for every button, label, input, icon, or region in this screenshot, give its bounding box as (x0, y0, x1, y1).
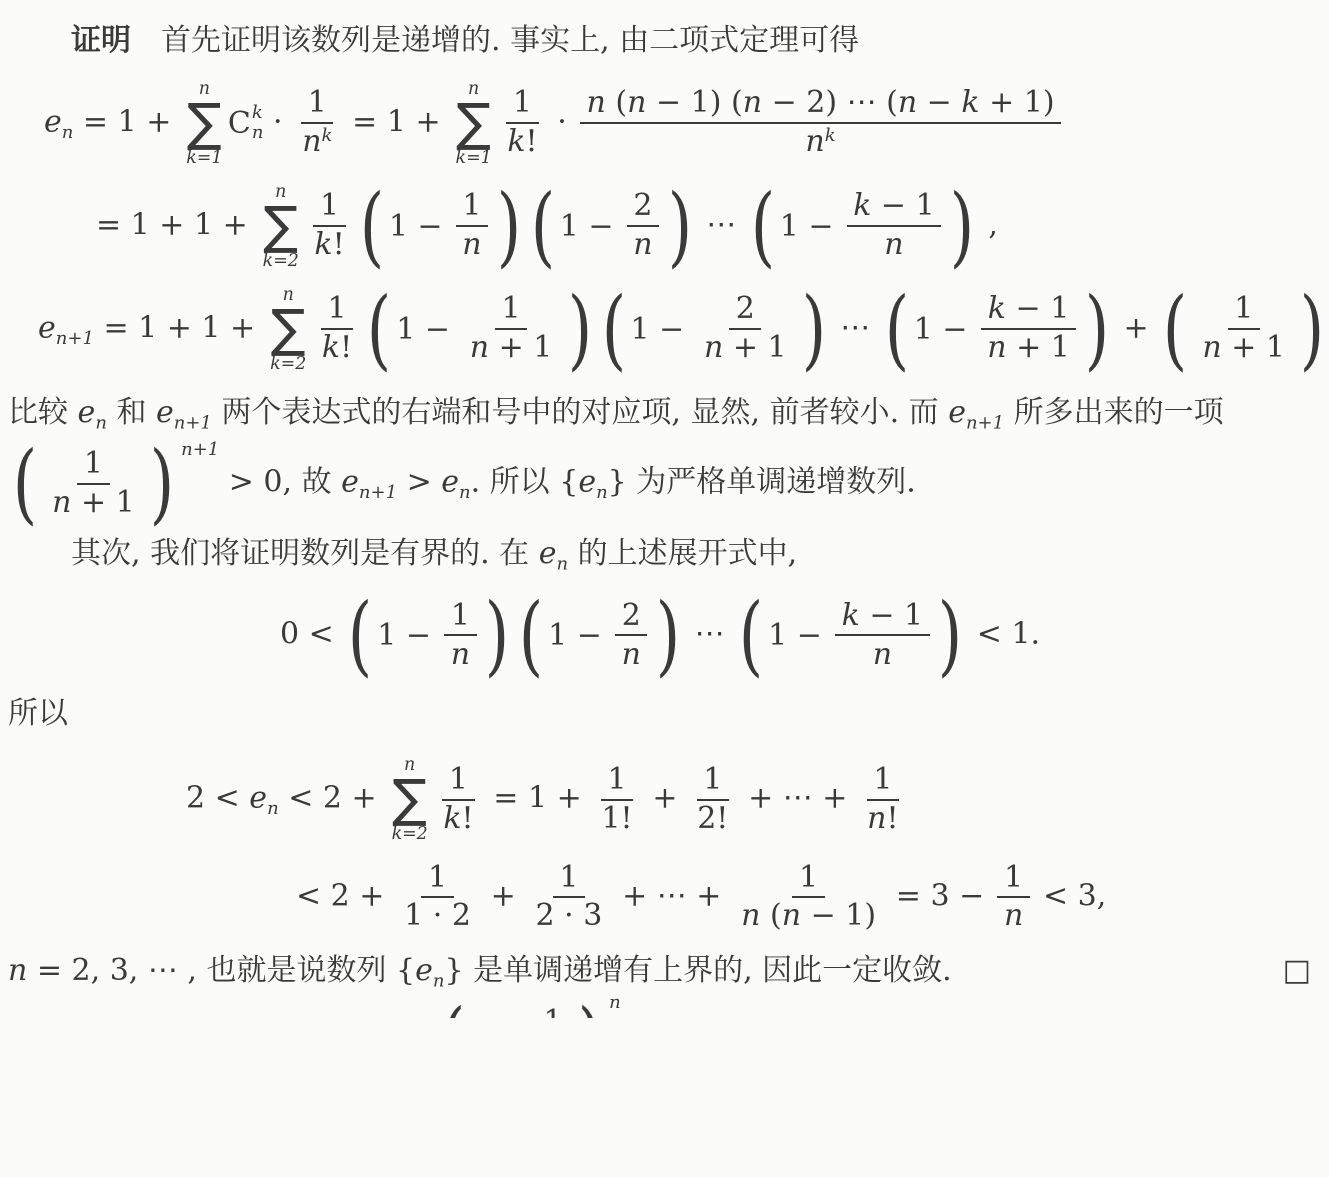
math-paren-group: (1 + 1n)n (436, 998, 621, 1018)
math-summation: n∑k=2 (270, 285, 306, 374)
fraction-denominator: n + 1 (1196, 330, 1292, 366)
math-fraction: 2n (615, 599, 648, 672)
math-roman: 1 (428, 860, 447, 895)
math-subscript: n+1 (174, 412, 212, 433)
math-roman: 1 − (548, 618, 611, 653)
math-variable: e (44, 104, 62, 139)
math-variable: n (462, 227, 481, 262)
math-variable: n (622, 637, 641, 672)
math-variable: n (302, 124, 321, 159)
math-subscript: n+1 (359, 482, 397, 503)
fraction-denominator: 1 · 2 (398, 898, 478, 934)
math-variable: n (633, 227, 652, 262)
stacked-superscript: k (252, 103, 264, 123)
math-roman: { (396, 953, 415, 988)
math-variable: k (322, 330, 340, 365)
fraction-numerator: 1 (867, 763, 899, 801)
math-subscript: n (62, 121, 74, 142)
fraction-denominator: n + 1 (46, 485, 142, 521)
math-variable: n (805, 124, 824, 159)
math-roman: − 1 (1006, 291, 1069, 326)
math-variable: e (156, 395, 174, 430)
paren-body: 1n + 1 (1192, 292, 1295, 365)
right-paren-icon: ) (938, 592, 962, 679)
math-variable: n (867, 801, 886, 836)
fraction-denominator: nk (799, 124, 842, 160)
math-roman: 1 (462, 188, 481, 223)
text-run: 故 (292, 465, 341, 500)
math-roman: 1 (308, 85, 327, 120)
math-roman: 1 (84, 446, 103, 481)
math-roman: + (1114, 310, 1158, 345)
bold-label: 证明 (71, 23, 131, 58)
math-paren-group: (1 − k − 1n) (734, 592, 967, 679)
math-roman: = 2, 3, ⋯ , (27, 953, 197, 988)
math-roman: ! (333, 227, 345, 262)
math-subscript: n (459, 482, 471, 503)
math-roman: 1 (873, 762, 892, 797)
paren-body: 1 − 1n (377, 599, 480, 672)
text-run: 的上述展开式中, (568, 536, 797, 571)
math-fraction: 11! (595, 763, 639, 836)
sigma-icon: ∑ (271, 305, 306, 354)
fraction-denominator: n (444, 636, 477, 672)
math-variable: n (782, 898, 801, 933)
math-roman: − 1 (860, 598, 923, 633)
text-run: 其次, 我们将证明数列是有界的. 在 (71, 536, 539, 571)
math-variable: e (249, 781, 267, 816)
math-variable: e (578, 465, 596, 500)
math-variable: k (961, 85, 979, 120)
math-fraction: k − 1n (835, 599, 930, 672)
fraction-denominator: k! (308, 227, 351, 263)
right-paren-icon: ) (150, 440, 174, 527)
text-run: 所多出来的一项 (1004, 395, 1224, 430)
paren-body: 1n + 1 (42, 447, 145, 520)
fraction-numerator: 1 (442, 763, 474, 801)
math-fraction: 1n (444, 599, 477, 672)
left-paren-icon: ( (348, 592, 372, 679)
fraction-numerator: 1 (313, 189, 345, 227)
paren-body: 1 − 2n + 1 (630, 292, 796, 365)
math-roman: 2 (736, 291, 755, 326)
text-run: 比较 (8, 395, 78, 430)
math-roman: = 1 + 1 + (94, 310, 265, 345)
math-subscript: n (267, 798, 279, 819)
fraction-numerator: 1 (697, 763, 729, 801)
math-roman: < 1. (967, 616, 1040, 651)
left-paren-icon: ( (531, 183, 555, 270)
right-paren-icon: ) (656, 592, 680, 679)
fraction-denominator: n + 1 (981, 330, 1077, 366)
math-paren-group: (1n + 1)n+1 (8, 440, 219, 527)
right-paren-icon: ) (567, 286, 591, 373)
fraction-denominator: nk (296, 124, 339, 160)
math-roman: = 1 + (343, 104, 451, 139)
math-roman: 1 − (768, 618, 831, 653)
sum-lower-limit: k=2 (392, 824, 428, 844)
math-roman: 1! (601, 801, 632, 836)
math-fraction: 1n (456, 189, 489, 262)
math-roman: ⋯ (685, 616, 734, 651)
math-roman: < 2 + (296, 878, 394, 913)
fraction-denominator: n + 1 (463, 330, 559, 366)
math-fraction: 1k! (437, 763, 480, 836)
math-roman: 1 (502, 291, 521, 326)
formula-en-plus1-expansion: en+1 = 1 + 1 + n∑k=21k!(1 − 1n + 1)(1 − … (38, 285, 1321, 374)
right-paren-icon: ) (578, 998, 602, 1018)
math-roman: 2 (633, 188, 652, 223)
fraction-denominator: 2! (691, 801, 735, 837)
math-variable: e (948, 395, 966, 430)
qed-box: □ (1283, 944, 1321, 999)
math-roman: ! (340, 330, 352, 365)
paren-body: 1 − k − 1n + 1 (914, 292, 1080, 365)
math-roman: 2 · 3 (536, 898, 603, 933)
paren-body: 1 − 1n (389, 189, 492, 262)
stacked-subscript: n (252, 123, 264, 143)
math-variable: e (415, 953, 433, 988)
math-roman: 1 − (914, 312, 977, 347)
sum-lower-limit: k=1 (186, 148, 222, 168)
text-run: . 所以 (471, 465, 560, 500)
math-roman: } (444, 953, 463, 988)
math-roman: − 1 (871, 188, 934, 223)
left-paren-icon: ( (739, 592, 763, 679)
math-fraction: 2n (627, 189, 660, 262)
paren-body: 1 − 2n (548, 599, 651, 672)
math-variable: n (741, 898, 760, 933)
math-subscript: n+1 (56, 327, 94, 348)
conclusion-text: n = 2, 3, ⋯ , 也就是说数列 {en} 是单调递增有上界的, 因此一… (8, 944, 952, 999)
left-paren-icon: ( (367, 286, 391, 373)
math-subscript: n+1 (966, 412, 1004, 433)
math-roman: { (559, 465, 578, 500)
math-paren-group: (1 − 1n + 1) (362, 286, 596, 373)
right-paren-icon: ) (1300, 286, 1324, 373)
math-variable: n (1202, 330, 1221, 365)
math-fraction: 2n + 1 (697, 292, 793, 365)
math-fraction: k − 1n + 1 (981, 292, 1077, 365)
conclusion-paragraph: n = 2, 3, ⋯ , 也就是说数列 {en} 是单调递增有上界的, 因此一… (8, 944, 1321, 999)
fraction-denominator: n (615, 636, 648, 672)
fraction-numerator: 2 (615, 599, 647, 637)
left-paren-icon: ( (360, 183, 384, 270)
math-variable: n (873, 637, 892, 672)
sigma-icon: ∑ (392, 775, 427, 824)
math-variable: n (451, 637, 470, 672)
comparison-paragraph: 比较 en 和 en+1 两个表达式的右端和号中的对应项, 显然, 前者较小. … (8, 386, 1321, 528)
math-roman: − 1) (801, 898, 876, 933)
left-paren-icon: ( (751, 183, 775, 270)
fraction-numerator: 1 (444, 599, 476, 637)
paren-body: 1 − 1n + 1 (396, 292, 562, 365)
text-run: 和 (107, 395, 156, 430)
fraction-numerator: 2 (729, 292, 761, 330)
math-roman: 1 (608, 762, 627, 797)
math-roman: 1 (513, 85, 532, 120)
math-fraction: 1n (n − 1) (735, 861, 883, 934)
math-variable: k (507, 124, 525, 159)
math-roman: + 1 (1222, 330, 1285, 365)
math-roman: 1 (1004, 860, 1023, 895)
text-run: 首先证明该数列是递增的. 事实上, 由二项式定理可得 (131, 23, 859, 58)
fraction-numerator: n (n − 1) (n − 2) ⋯ (n − k + 1) (580, 86, 1061, 124)
math-roman: ! (887, 801, 899, 836)
math-roman: 1 (327, 291, 346, 326)
math-roman: + 1 (1007, 330, 1070, 365)
math-variable: n (587, 85, 606, 120)
math-variable: n (898, 85, 917, 120)
math-roman: − 2) ⋯ ( (762, 85, 898, 120)
math-fraction: 1n + 1 (1196, 292, 1292, 365)
math-fraction: 1n + 1 (463, 292, 559, 365)
text-run: 也就是说数列 (197, 953, 396, 988)
fraction-numerator: 1 (553, 861, 585, 899)
math-roman: 1 (1234, 291, 1253, 326)
text-run: 所以 (8, 696, 68, 731)
math-roman: 1 − (630, 312, 693, 347)
math-subscript: n (556, 554, 568, 575)
math-roman: 1 (799, 860, 818, 895)
fraction-denominator: k! (315, 330, 358, 366)
math-roman: 1 (320, 188, 339, 223)
math-roman: + (643, 781, 687, 816)
text-run: 两个表达式的右端和号中的对应项, 显然, 前者较小. 而 (212, 395, 948, 430)
math-roman: 1 − (377, 618, 440, 653)
fraction-numerator: 1 (321, 292, 353, 330)
math-fraction: n (n − 1) (n − 2) ⋯ (n − k + 1)nk (580, 86, 1061, 159)
fraction-denominator: n! (861, 801, 906, 837)
fraction-denominator: 2 · 3 (529, 898, 609, 934)
math-roman: , (979, 207, 998, 242)
text-run: 为严格单调递增数列. (627, 465, 916, 500)
left-paren-icon: ( (13, 440, 37, 527)
partial-cutoff-formula: (1 + 1n)n (436, 998, 1321, 1018)
math-paren-group: (1 − 2n) (514, 592, 685, 679)
math-fraction: 11 · 2 (398, 861, 478, 934)
math-variable: e (341, 465, 359, 500)
math-roman: + (481, 878, 525, 913)
paren-body: 1 − k − 1n (768, 599, 933, 672)
math-variable: n (987, 330, 1006, 365)
fraction-numerator: k − 1 (835, 599, 930, 637)
formula-en-expansion-line2: = 1 + 1 + n∑k=21k!(1 − 1n)(1 − 2n) ⋯ (1 … (96, 182, 1321, 271)
math-roman: } (608, 465, 627, 500)
right-paren-icon: ) (950, 183, 974, 270)
fraction-denominator: 1! (595, 801, 639, 837)
formula-product-bounds: 0 < (1 − 1n)(1 − 2n) ⋯ (1 − k − 1n) < 1. (280, 592, 1321, 679)
math-roman: + 1 (71, 485, 134, 520)
fraction-denominator: n (627, 227, 660, 263)
fraction-denominator: k! (501, 124, 544, 160)
right-paren-icon: ) (485, 592, 509, 679)
math-roman: > 0, (219, 465, 292, 500)
fraction-denominator: n (456, 227, 489, 263)
fraction-numerator: 1 (77, 447, 109, 485)
fraction-denominator: k! (437, 801, 480, 837)
formula-en-upper-bound-line1: 2 < en < 2 + n∑k=21k! = 1 + 11! + 12! + … (186, 755, 1321, 844)
fraction-numerator: 1 (301, 86, 333, 124)
sum-lower-limit: k=2 (270, 354, 306, 374)
sigma-icon: ∑ (263, 202, 298, 251)
math-roman: > (397, 465, 441, 500)
left-paren-icon: ( (519, 592, 543, 679)
math-variable: k (443, 801, 461, 836)
math-roman: 1 − (560, 209, 623, 244)
paren-body: 1 + 1n (470, 1005, 573, 1018)
math-roman: = 1 + (484, 781, 592, 816)
math-roman: 1 (449, 762, 468, 797)
left-paren-icon: ( (441, 998, 465, 1018)
textbook-page: 证明 首先证明该数列是递增的. 事实上, 由二项式定理可得 en = 1 + n… (0, 0, 1329, 1018)
math-roman: = 3 − (886, 878, 994, 913)
script-column: kn (252, 103, 264, 143)
math-roman: 1 − (780, 209, 843, 244)
right-paren-icon: ) (497, 183, 521, 270)
proof-intro-paragraph: 证明 首先证明该数列是递增的. 事实上, 由二项式定理可得 (8, 14, 1321, 69)
math-roman: + ⋯ + (613, 878, 731, 913)
math-paren-group: (1 − 1n) (343, 592, 514, 679)
math-roman: 1 (559, 860, 578, 895)
left-paren-icon: ( (1163, 286, 1187, 373)
fraction-denominator: n (n − 1) (735, 898, 883, 934)
right-paren-icon: ) (1085, 286, 1109, 373)
math-superscript: k (825, 125, 836, 146)
math-paren-group: (1 − 2n + 1) (597, 286, 831, 373)
math-variable: n (884, 227, 903, 262)
math-variable: e (539, 536, 557, 571)
math-variable: n (704, 330, 723, 365)
right-paren-icon: ) (802, 286, 826, 373)
fraction-numerator: 1 (1228, 292, 1260, 330)
math-roman: ⋯ (831, 310, 880, 345)
math-roman: 1 − (396, 312, 459, 347)
fraction-denominator: n (866, 636, 899, 672)
math-fraction: 1k! (501, 86, 544, 159)
math-summation: n∑k=1 (456, 79, 492, 168)
paren-body: 1 − k − 1n (780, 189, 945, 262)
math-roman: 0 < (280, 616, 343, 651)
math-summation: n∑k=1 (186, 79, 222, 168)
math-variable: k (842, 598, 860, 633)
fraction-numerator: 1 (506, 86, 538, 124)
math-roman: < 3, (1033, 878, 1106, 913)
math-fraction: k − 1n (847, 189, 942, 262)
sum-lower-limit: k=1 (456, 148, 492, 168)
math-fraction: 1n! (861, 763, 906, 836)
math-roman: 1 (544, 1004, 563, 1018)
therefore-label: 所以 (8, 687, 1321, 742)
math-variable: n (627, 85, 646, 120)
math-roman: 1 · 2 (404, 898, 471, 933)
math-roman: ! (526, 124, 538, 159)
math-roman: 2 < (186, 781, 249, 816)
math-roman: + ⋯ + (739, 781, 857, 816)
math-fraction: 12! (691, 763, 735, 836)
formula-en-expansion-line1: en = 1 + n∑k=1Ckn · 1nk = 1 + n∑k=11k! ·… (44, 79, 1321, 168)
sigma-icon: ∑ (456, 99, 491, 148)
left-paren-icon: ( (601, 286, 625, 373)
math-roman: = 1 + (73, 104, 181, 139)
formula-en-upper-bound-line2: < 2 + 11 · 2 + 12 · 3 + ⋯ + 1n (n − 1) =… (296, 861, 1321, 934)
fraction-numerator: 2 (627, 189, 659, 227)
math-base-with-scripts: Ckn (228, 103, 264, 143)
math-roman: + 1 (489, 330, 552, 365)
math-superscript: k (322, 125, 333, 146)
fraction-denominator: n (878, 227, 911, 263)
fraction-numerator: 1 (421, 861, 453, 899)
paren-body: 1 − 2n (560, 189, 663, 262)
math-roman: ( (606, 85, 627, 120)
math-roman: + 1 (723, 330, 786, 365)
math-roman: ! (462, 801, 474, 836)
math-variable: n (743, 85, 762, 120)
math-roman: ⋯ (697, 207, 746, 242)
math-subscript: n (596, 482, 608, 503)
math-roman: = 1 + 1 + (96, 207, 257, 242)
math-roman: ( (760, 898, 781, 933)
math-variable: n (1004, 898, 1023, 933)
math-roman: · (548, 104, 577, 139)
math-roman: − 1) ( (646, 85, 742, 120)
math-roman: · (263, 104, 292, 139)
math-variable: n (470, 330, 489, 365)
math-variable: n (8, 953, 27, 988)
math-variable: n (52, 485, 71, 520)
math-paren-group: (1 − k − 1n) (746, 183, 979, 270)
group-exponent: n (609, 998, 621, 1013)
math-roman: 2 (622, 598, 641, 633)
math-roman: − (917, 85, 961, 120)
math-summation: n∑k=2 (392, 755, 428, 844)
left-paren-icon: ( (885, 286, 909, 373)
math-paren-group: (1 − k − 1n + 1) (880, 286, 1114, 373)
fraction-denominator: n (997, 898, 1030, 934)
math-paren-group: (1 − 2n) (526, 183, 697, 270)
group-exponent: n+1 (181, 434, 219, 467)
boundedness-intro-paragraph: 其次, 我们将证明数列是有界的. 在 en 的上述展开式中, (8, 527, 1321, 582)
fraction-denominator: n + 1 (697, 330, 793, 366)
math-subscript: n (95, 412, 107, 433)
fraction-numerator: k − 1 (981, 292, 1076, 330)
math-roman: 2! (697, 801, 728, 836)
math-roman: 1 (703, 762, 722, 797)
math-fraction: 1k! (308, 189, 351, 262)
math-variable: e (441, 465, 459, 500)
text-run: 是单调递增有上界的, 因此一定收敛. (464, 953, 952, 988)
sum-lower-limit: k=2 (263, 251, 299, 271)
math-subscript: n (433, 970, 445, 991)
math-fraction: 1nk (296, 86, 339, 159)
math-roman: < 2 + (279, 781, 387, 816)
script-base: C (228, 106, 251, 141)
math-variable: k (853, 188, 871, 223)
math-fraction: 12 · 3 (529, 861, 609, 934)
math-fraction: 1n (997, 861, 1030, 934)
math-fraction: 1k! (315, 292, 358, 365)
math-variable: e (78, 395, 96, 430)
math-roman: 1 (451, 598, 470, 633)
fraction-numerator: k − 1 (847, 189, 942, 227)
math-variable: k (314, 227, 332, 262)
math-roman: 1 − (389, 209, 452, 244)
fraction-numerator: 1 (456, 189, 488, 227)
math-summation: n∑k=2 (263, 182, 299, 271)
fraction-numerator: 1 (601, 763, 633, 801)
sigma-icon: ∑ (187, 99, 222, 148)
math-roman: + 1) (980, 85, 1055, 120)
